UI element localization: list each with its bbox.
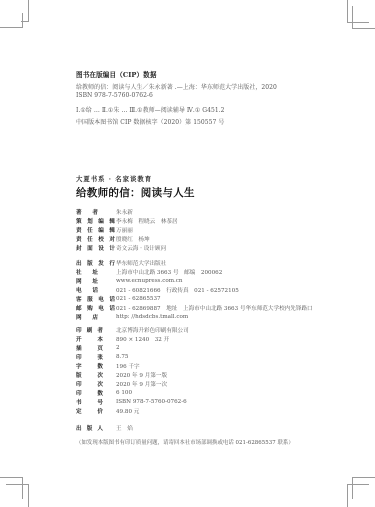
printing-label: 书号	[76, 398, 104, 406]
publisher-website-link[interactable]: www.ecnupress.com.cn	[116, 278, 183, 284]
publisher-label: 电话	[76, 286, 99, 294]
printing-word-count: 字数 196 千字	[76, 361, 140, 370]
printing-value: 2020 年 9 月第一版	[116, 371, 167, 379]
printing-label: 印张	[76, 353, 104, 361]
printing-printer: 印刷者 北京博海升彩色印刷有限公司	[76, 325, 189, 334]
publisher-label: 出版发行	[76, 259, 116, 267]
printing-inserts: 插页 2	[76, 343, 120, 352]
publisher-label: 网址	[76, 277, 99, 285]
publisher-value: 华东师范大学出版社	[116, 259, 166, 267]
publisher-label: 客服电话	[76, 295, 116, 303]
printing-value: 2020 年 9 月第一次	[116, 380, 167, 388]
publisher-person: 出版人 王 焰	[76, 423, 133, 432]
credit-value: 万丽丽	[116, 226, 133, 234]
printing-label: 定价	[76, 407, 104, 415]
publisher-store-link[interactable]: http: //hdsdcbs.tmall.com	[116, 314, 188, 320]
credit-value: 李永梅 程晓云 林茶居	[116, 217, 178, 225]
cip-classification-line: Ⅰ.①给 … Ⅱ.①朱 … Ⅲ.①教师—阅读辅导 Ⅳ.① G451.2	[76, 105, 225, 114]
publisher-distributor: 出版发行 华东师范大学出版社	[76, 258, 166, 267]
credit-proofreader: 责任校对 殷晓红 杨坤	[76, 234, 150, 243]
printing-impression: 印次 2020 年 9 月第一次	[76, 379, 167, 388]
printing-value: ISBN 978-7-5760-0762-6	[116, 399, 187, 405]
publisher-label: 社址	[76, 268, 99, 276]
cip-record-number: 中国版本图书馆 CIP 数据核字（2020）第 150557 号	[76, 117, 224, 126]
publisher-value: 021 - 62869887 地址 上海市中山北路 3663 号华东师范大学校内…	[116, 304, 313, 312]
publisher-customer-service: 客服电话 021 - 62865537	[76, 294, 161, 303]
printing-value: 8.75	[116, 354, 128, 360]
publisher-address: 社址 上海市中山北路 3663 号 邮编 200062	[76, 267, 222, 276]
printing-value: 890 × 1240 32 开	[116, 335, 169, 343]
printing-sheets: 印张 8.75	[76, 352, 128, 361]
printing-price: 定价 49.80 元	[76, 406, 139, 415]
publisher-label: 邮购电话	[76, 304, 116, 312]
cip-bibliographic-line: 给教师的信：阅读与人生／朱永新著 .—上海：华东师范大学出版社，2020	[76, 82, 277, 91]
printing-label: 开本	[76, 335, 104, 343]
printing-format: 开本 890 × 1240 32 开	[76, 334, 169, 343]
cip-isbn-line: ISBN 978-7-5760-0762-6	[76, 92, 153, 99]
book-title: 给教师的信：阅读与人生	[76, 185, 195, 200]
publisher-website: 网址 www.ecnupress.com.cn	[76, 276, 183, 285]
printing-value: 49.80 元	[116, 407, 139, 415]
publisher-person-value: 王 焰	[116, 424, 133, 432]
credit-value: 奇文云海 · 设计顾问	[116, 244, 166, 252]
publisher-person-label: 出版人	[76, 424, 104, 432]
credit-label: 策划编辑	[76, 217, 116, 225]
quality-notice: （如发现本版图书有印订质量问题，请寄回本社市场部调换或电话 021-628655…	[76, 438, 294, 446]
printing-label: 印数	[76, 389, 104, 397]
printing-label: 印刷者	[76, 326, 104, 334]
publisher-phone: 电话 021 - 60821666 行政传真 021 - 62572105	[76, 285, 239, 294]
printing-value: 6 100	[116, 390, 132, 396]
printing-print-run: 印数 6 100	[76, 388, 132, 397]
publisher-value: 021 - 60821666 行政传真 021 - 62572105	[116, 286, 239, 294]
credit-responsible-editor: 责任编辑 万丽丽	[76, 225, 133, 234]
printing-value: 196 千字	[116, 362, 140, 370]
printing-label: 版次	[76, 371, 104, 379]
credit-cover-design: 封面设计 奇文云海 · 设计顾问	[76, 243, 166, 252]
printing-label: 印次	[76, 380, 104, 388]
credit-planning-editor: 策划编辑 李永梅 程晓云 林茶居	[76, 216, 178, 225]
cip-title: 图书在版编目（CIP）数据	[76, 69, 157, 79]
publisher-online-store: 网店 http: //hdsdcbs.tmall.com	[76, 312, 188, 321]
printing-edition: 版次 2020 年 9 月第一版	[76, 370, 167, 379]
publisher-value: 021 - 62865537	[116, 296, 161, 302]
publisher-value: 上海市中山北路 3663 号 邮编 200062	[116, 268, 222, 276]
credit-label: 著者	[76, 208, 99, 216]
credit-value: 朱永新	[116, 208, 133, 216]
printing-label: 字数	[76, 362, 104, 370]
publisher-mail-order: 邮购电话 021 - 62869887 地址 上海市中山北路 3663 号华东师…	[76, 303, 313, 312]
printing-label: 插页	[76, 344, 104, 352]
credit-author: 著者 朱永新	[76, 207, 133, 216]
printing-isbn: 书号 ISBN 978-7-5760-0762-6	[76, 397, 187, 406]
printing-value: 北京博海升彩色印刷有限公司	[116, 326, 189, 334]
credit-value: 殷晓红 杨坤	[116, 235, 150, 243]
credit-label: 责任校对	[76, 235, 116, 243]
credit-label: 封面设计	[76, 244, 116, 252]
printing-value: 2	[116, 345, 120, 351]
series-name: 大夏书系 · 名家谈教育	[76, 174, 152, 183]
publisher-label: 网店	[76, 313, 99, 321]
credit-label: 责任编辑	[76, 226, 116, 234]
